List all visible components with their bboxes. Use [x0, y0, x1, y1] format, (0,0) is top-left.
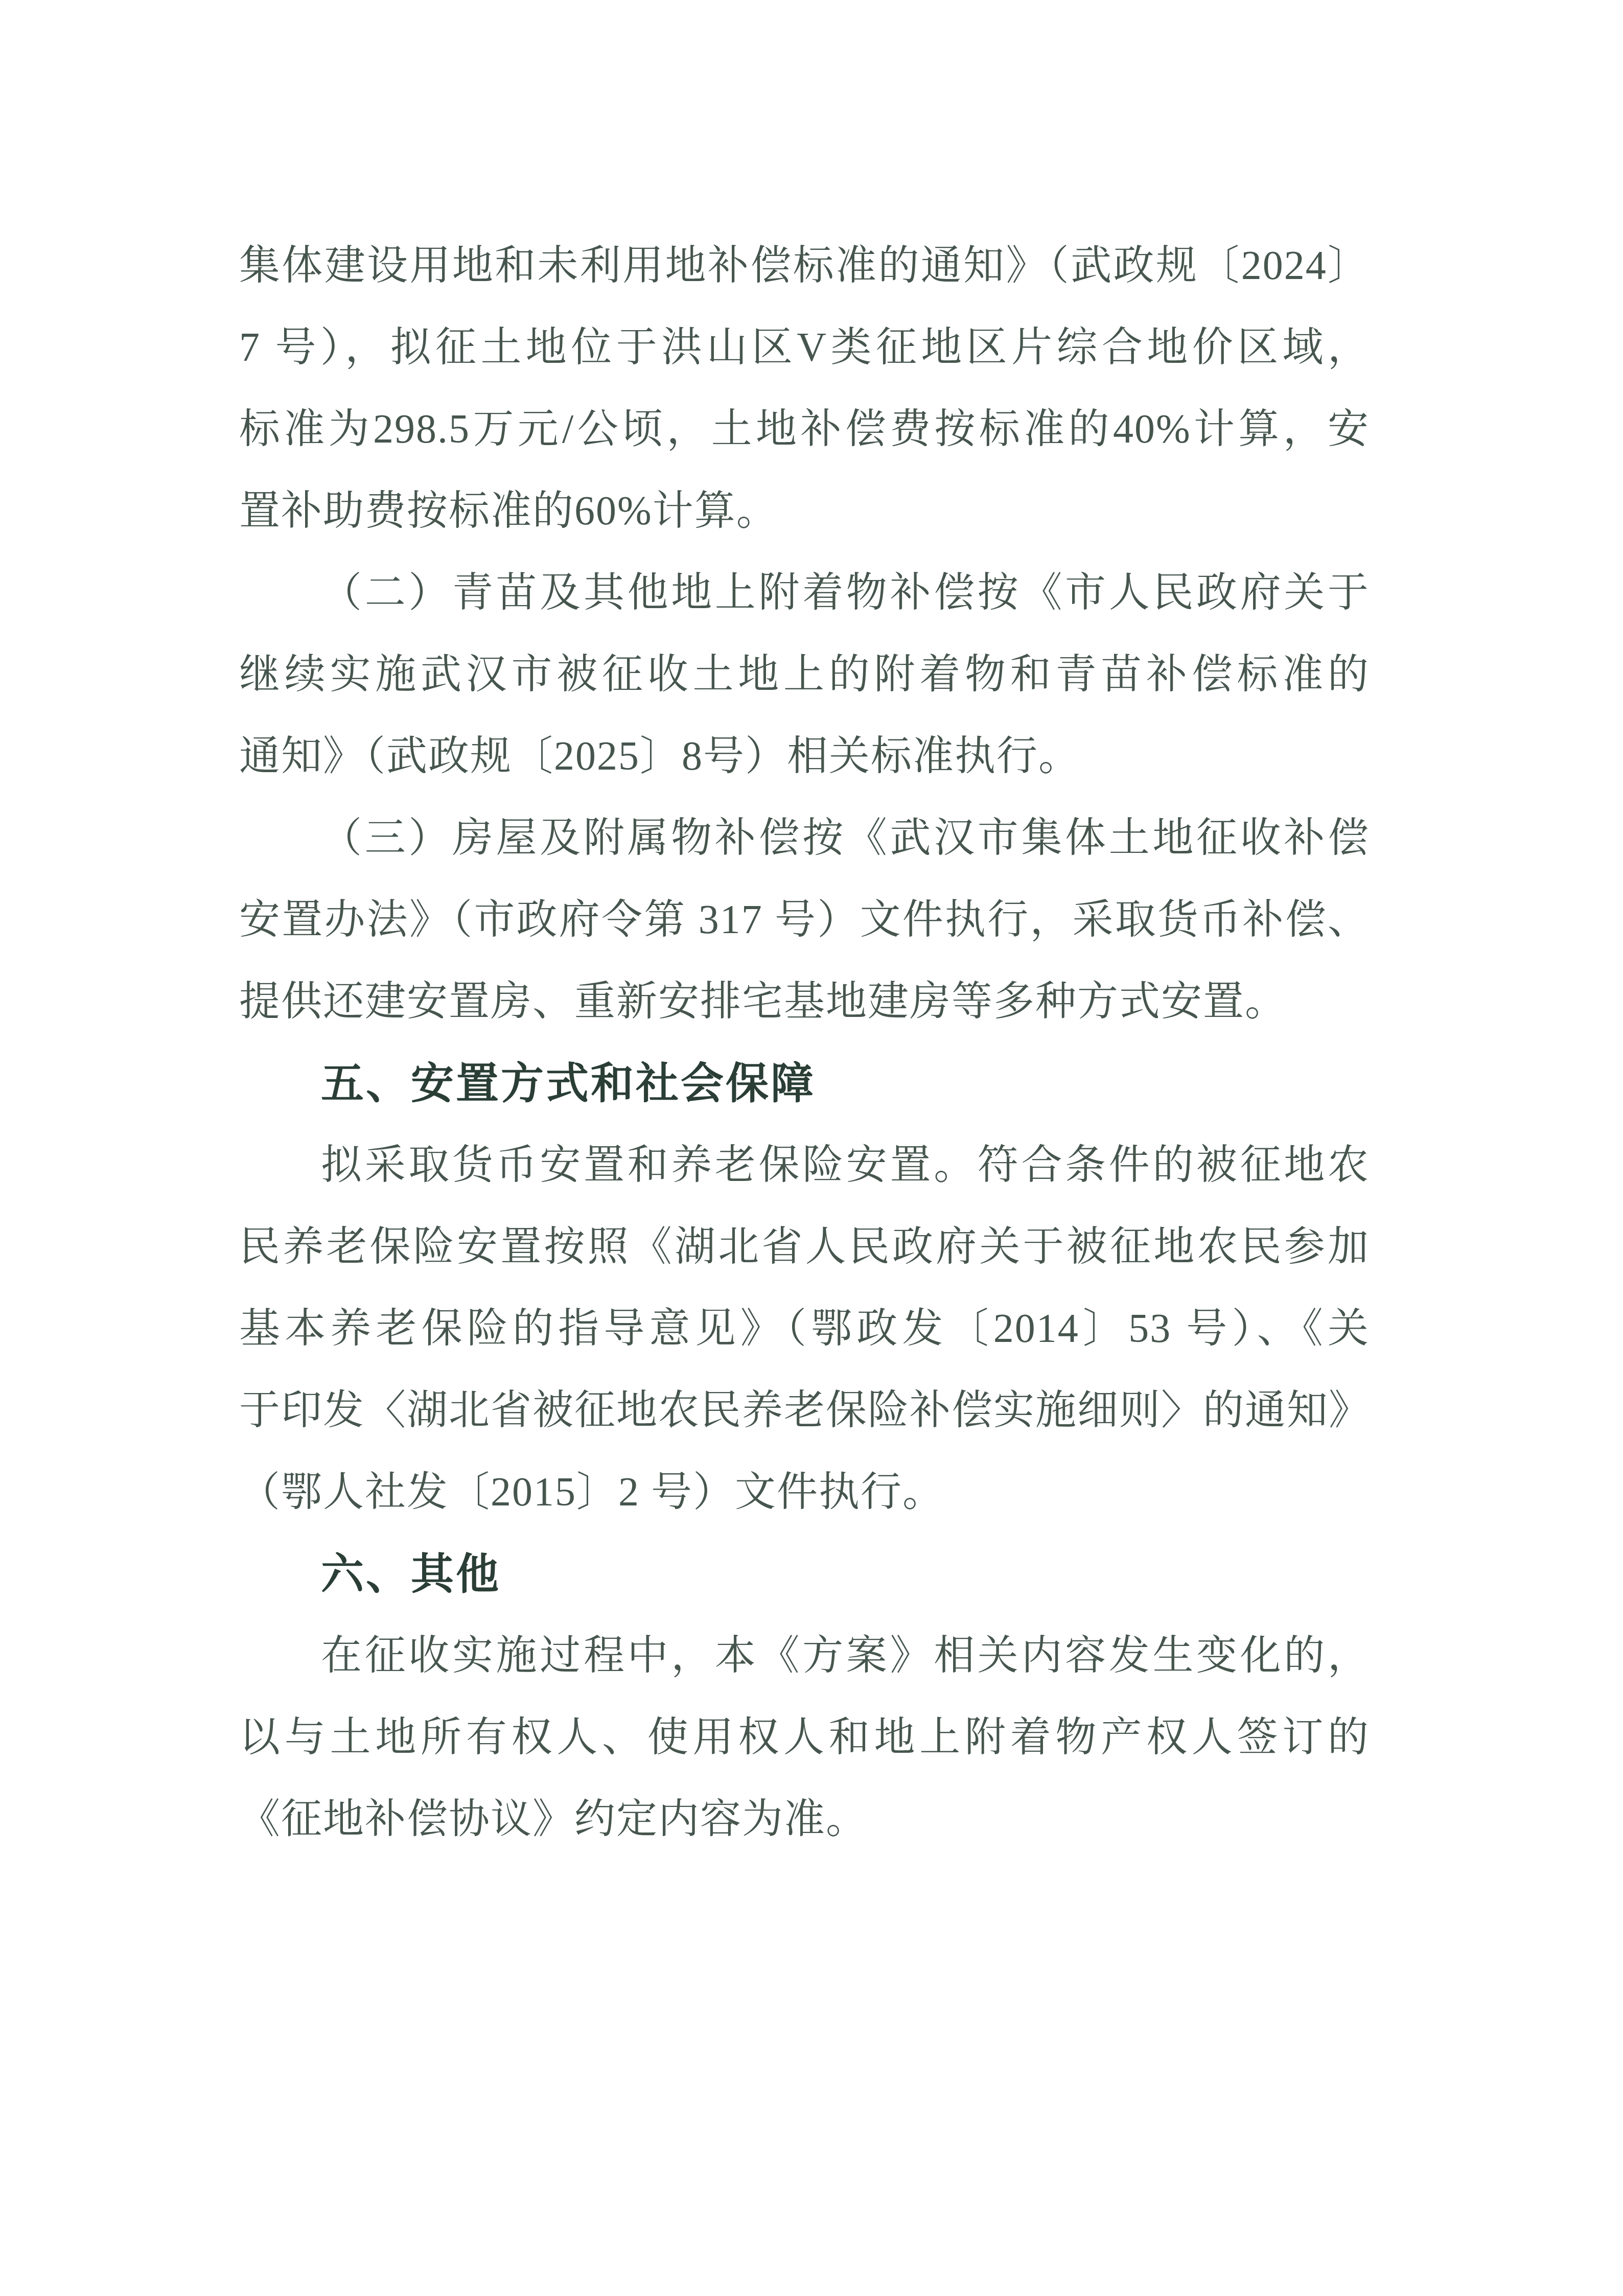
text-line: 提供还建安置房、重新安排宅基地建房等多种方式安置。 [239, 961, 1370, 1042]
text-line: 置补助费按标准的60%计算。 [239, 470, 1370, 552]
text-line: 集体建设用地和未利用地补偿标准的通知》（武政规〔2024〕 [239, 225, 1370, 307]
text-line: 继续实施武汉市被征收土地上的附着物和青苗补偿标准的 [239, 634, 1370, 715]
text-line: （鄂人社发〔2015〕2 号）文件执行。 [239, 1451, 1370, 1533]
text-line: 《征地补偿协议》约定内容为准。 [239, 1778, 1370, 1860]
document-page: 集体建设用地和未利用地补偿标准的通知》（武政规〔2024〕 7 号），拟征土地位… [0, 0, 1623, 2296]
text-line: 通知》（武政规〔2025〕8号）相关标准执行。 [239, 715, 1370, 797]
text-line: 基本养老保险的指导意见》（鄂政发〔2014〕53 号）、《关 [239, 1288, 1370, 1370]
text-line: 于印发〈湖北省被征地农民养老保险补偿实施细则〉的通知》 [239, 1370, 1370, 1451]
text-line: 标准为298.5万元/公顷，土地补偿费按标准的40%计算，安 [239, 388, 1370, 470]
document-text-block: 集体建设用地和未利用地补偿标准的通知》（武政规〔2024〕 7 号），拟征土地位… [239, 225, 1370, 1860]
section-heading-6: 六、其他 [239, 1533, 1370, 1615]
section-heading-5: 五、安置方式和社会保障 [239, 1042, 1370, 1124]
text-line: 民养老保险安置按照《湖北省人民政府关于被征地农民参加 [239, 1206, 1370, 1288]
text-line: 安置办法》（市政府令第 317 号）文件执行，采取货币补偿、 [239, 879, 1370, 961]
text-line: 在征收实施过程中，本《方案》相关内容发生变化的， [239, 1615, 1370, 1697]
text-line: 以与土地所有权人、使用权人和地上附着物产权人签订的 [239, 1697, 1370, 1778]
text-line: 7 号），拟征土地位于洪山区V类征地区片综合地价区域， [239, 307, 1370, 388]
text-line: 拟采取货币安置和养老保险安置。符合条件的被征地农 [239, 1124, 1370, 1206]
text-line: （二）青苗及其他地上附着物补偿按《市人民政府关于 [239, 552, 1370, 634]
text-line: （三）房屋及附属物补偿按《武汉市集体土地征收补偿 [239, 797, 1370, 879]
